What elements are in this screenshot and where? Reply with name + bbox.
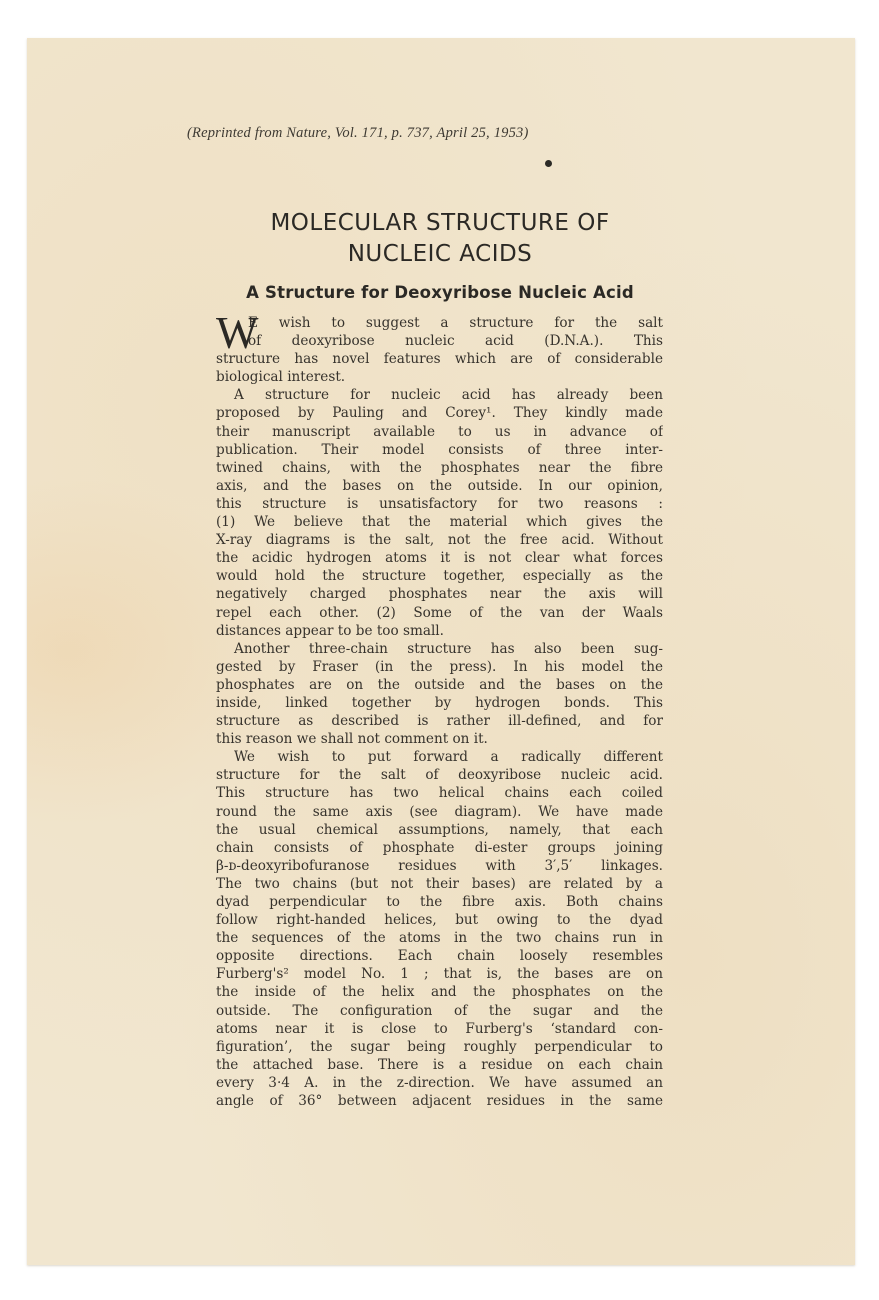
article-title: MOLECULAR STRUCTURE OF NUCLEIC ACIDS xyxy=(210,208,670,270)
text-line: twined chains, with the phosphates near … xyxy=(216,459,663,477)
text-line: would hold the structure together, espec… xyxy=(216,567,663,585)
text-line: every 3·4 A. in the z-direction. We have… xyxy=(216,1074,663,1092)
text-line: their manuscript available to us in adva… xyxy=(216,423,663,441)
reprint-citation: (Reprinted from Nature, Vol. 171, p. 737… xyxy=(187,125,617,142)
text-line: β-ᴅ-deoxyribofuranose residues with 3′,5… xyxy=(216,857,663,875)
ink-dot-mark xyxy=(545,160,552,167)
text-line: repel each other. (2) Some of the van de… xyxy=(216,604,663,622)
drop-cap: W xyxy=(216,314,258,352)
text-line: biological interest. xyxy=(216,368,663,386)
text-line: this structure is unsatisfactory for two… xyxy=(216,495,663,513)
paragraph-4: We wish to put forward a radically diffe… xyxy=(216,748,663,1110)
text-line: this reason we shall not comment on it. xyxy=(216,730,663,748)
article-title-line-2: NUCLEIC ACIDS xyxy=(210,239,670,270)
text-line: the sequences of the atoms in the two ch… xyxy=(216,929,663,947)
article-title-line-1: MOLECULAR STRUCTURE OF xyxy=(210,208,670,239)
text-line: publication. Their model consists of thr… xyxy=(216,441,663,459)
text-line: This structure has two helical chains ea… xyxy=(216,784,663,802)
paragraph-2: A structure for nucleic acid has already… xyxy=(216,386,663,639)
text-line: opposite directions. Each chain loosely … xyxy=(216,947,663,965)
text-line: A structure for nucleic acid has already… xyxy=(216,386,663,404)
text-line: figuration’, the sugar being roughly per… xyxy=(216,1038,663,1056)
text-line: X-ray diagrams is the salt, not the free… xyxy=(216,531,663,549)
text-line: axis, and the bases on the outside. In o… xyxy=(216,477,663,495)
text-line: We wish to put forward a radically diffe… xyxy=(216,748,663,766)
text-line: the inside of the helix and the phosphat… xyxy=(216,983,663,1001)
text-line: dyad perpendicular to the fibre axis. Bo… xyxy=(216,893,663,911)
paragraph-1: E wish to suggest a structure for the sa… xyxy=(216,314,663,386)
text-line: E wish to suggest a structure for the sa… xyxy=(216,314,663,332)
text-line: phosphates are on the outside and the ba… xyxy=(216,676,663,694)
text-line: structure as described is rather ill-def… xyxy=(216,712,663,730)
paragraph-3: Another three-chain structure has also b… xyxy=(216,640,663,749)
text-line: structure for the salt of deoxyribose nu… xyxy=(216,766,663,784)
text-line: round the same axis (see diagram). We ha… xyxy=(216,803,663,821)
text-line: atoms near it is close to Furberg's ‘sta… xyxy=(216,1020,663,1038)
text-line: angle of 36° between adjacent residues i… xyxy=(216,1092,663,1110)
text-line: the acidic hydrogen atoms it is not clea… xyxy=(216,549,663,567)
text-line: Another three-chain structure has also b… xyxy=(216,640,663,658)
text-line: Furberg's² model No. 1 ; that is, the ba… xyxy=(216,965,663,983)
text-line: of deoxyribose nucleic acid (D.N.A.). Th… xyxy=(216,332,663,350)
text-line: distances appear to be too small. xyxy=(216,622,663,640)
article-body: W E wish to suggest a structure for the … xyxy=(216,314,663,1110)
text-line: (1) We believe that the material which g… xyxy=(216,513,663,531)
text-line: chain consists of phosphate di-ester gro… xyxy=(216,839,663,857)
text-line: follow right-handed helices, but owing t… xyxy=(216,911,663,929)
text-line: the attached base. There is a residue on… xyxy=(216,1056,663,1074)
text-line: proposed by Pauling and Corey¹. They kin… xyxy=(216,404,663,422)
text-line: structure has novel features which are o… xyxy=(216,350,663,368)
text-line: The two chains (but not their bases) are… xyxy=(216,875,663,893)
text-line: outside. The configuration of the sugar … xyxy=(216,1002,663,1020)
text-line: inside, linked together by hydrogen bond… xyxy=(216,694,663,712)
text-line: the usual chemical assumptions, namely, … xyxy=(216,821,663,839)
article-subtitle: A Structure for Deoxyribose Nucleic Acid xyxy=(210,283,670,302)
text-line: negatively charged phosphates near the a… xyxy=(216,585,663,603)
text-line: gested by Fraser (in the press). In his … xyxy=(216,658,663,676)
